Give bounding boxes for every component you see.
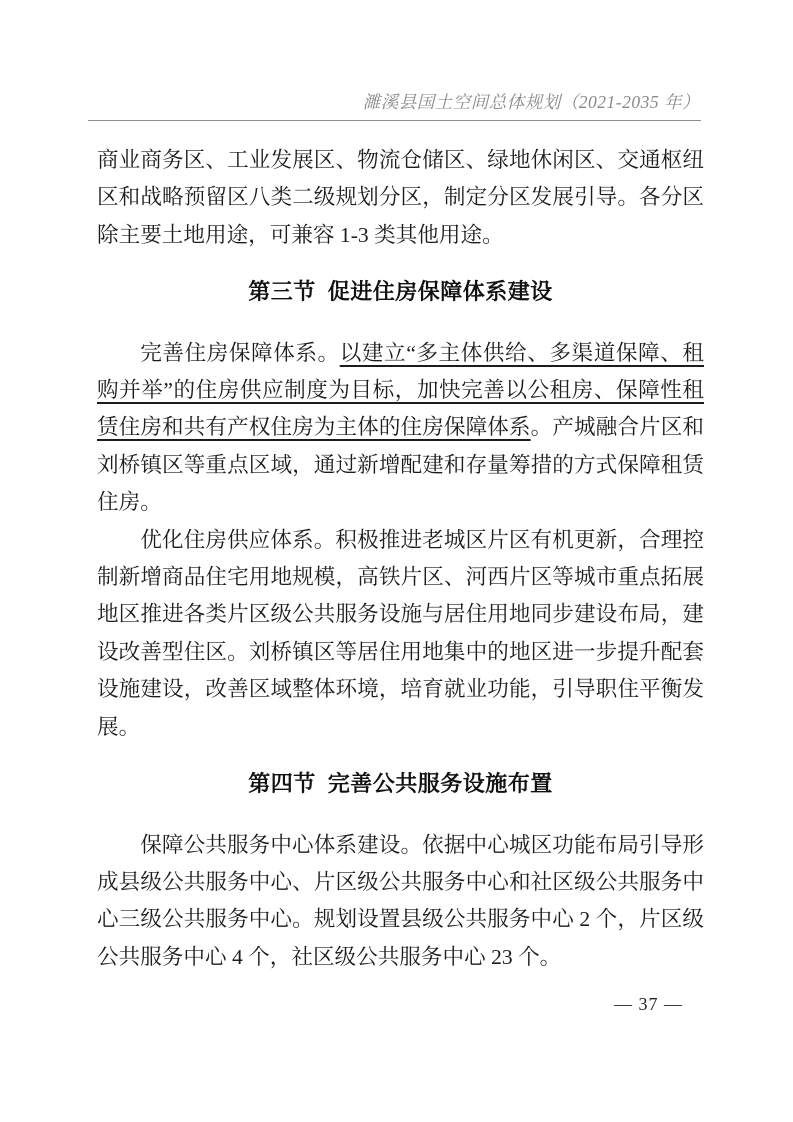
paragraph-zoning-continuation: 商业商务区、工业发展区、物流仓储区、绿地休闲区、交通枢纽区和战略预留区八类二级规… — [97, 142, 704, 254]
section-number: 第三节 — [248, 279, 316, 304]
page-number: — 37 — — [614, 994, 683, 1015]
header-rule — [88, 120, 701, 121]
section-heading-3: 第三节促进住房保障体系建设 — [97, 273, 704, 310]
paragraph-lead: 完善住房保障体系。 — [140, 341, 340, 365]
running-header-title: 濉溪县国土空间总体规划（2021-2035 年） — [96, 89, 700, 114]
paragraph-housing-security: 完善住房保障体系。以建立“多主体供给、多渠道保障、租购并举”的住房供应制度为目标… — [97, 335, 704, 522]
paragraph-public-service-centers: 保障公共服务中心体系建设。依据中心城区功能布局引导形成县级公共服务中心、片区级公… — [97, 827, 704, 977]
page-content: 商业商务区、工业发展区、物流仓储区、绿地休闲区、交通枢纽区和战略预留区八类二级规… — [97, 142, 704, 976]
section-title: 完善公共服务设施布置 — [328, 771, 553, 796]
document-page: 濉溪县国土空间总体规划（2021-2035 年） 商业商务区、工业发展区、物流仓… — [0, 0, 793, 1122]
section-number: 第四节 — [248, 771, 316, 796]
paragraph-housing-supply: 优化住房供应体系。积极推进老城区片区有机更新，合理控制新增商品住宅用地规模，高铁… — [97, 522, 704, 746]
section-title: 促进住房保障体系建设 — [328, 279, 553, 304]
section-heading-4: 第四节完善公共服务设施布置 — [97, 765, 704, 802]
